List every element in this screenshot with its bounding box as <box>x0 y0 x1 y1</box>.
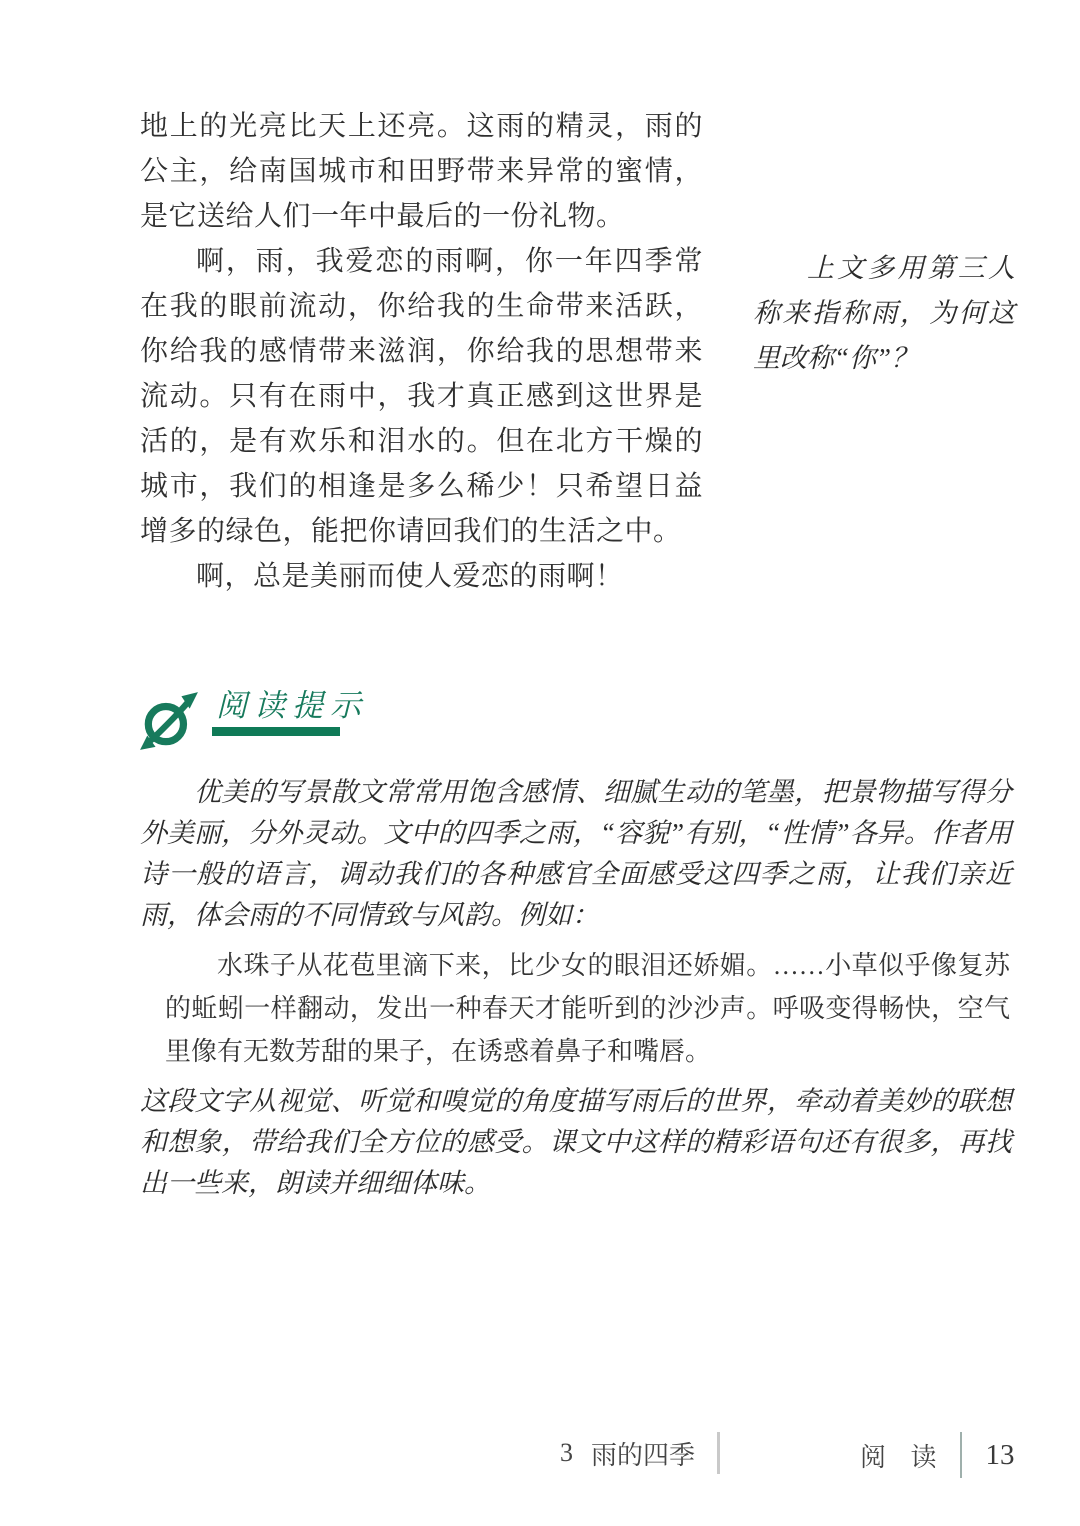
page-footer: 3 雨的四季 阅 读 13 <box>0 1432 1080 1482</box>
circle-arrow-icon <box>138 690 200 752</box>
reading-tips-body: 优美的写景散文常常用饱含感情、细腻生动的笔墨，把景物描写得分外美丽，分外灵动。文… <box>140 772 1012 1204</box>
body-paragraph-continuation: 地上的光亮比天上还亮。这雨的精灵，雨的公主，给南国城市和田野带来异常的蜜情，是它… <box>140 104 703 239</box>
footer-divider-bar <box>717 1432 720 1474</box>
lesson-title: 雨的四季 <box>591 1435 695 1472</box>
tips-paragraph: 这段文字从视觉、听觉和嗅觉的角度描写雨后的世界，牵动着美妙的联想和想象，带给我们… <box>140 1081 1012 1204</box>
tips-quote-excerpt: 水珠子从花苞里滴下来，比少女的眼泪还娇媚。……小草似乎像复苏的蚯蚓一样翻动，发出… <box>165 944 1010 1073</box>
textbook-page: 地上的光亮比天上还亮。这雨的精灵，雨的公主，给南国城市和田野带来异常的蜜情，是它… <box>0 0 1080 1526</box>
margin-note: 上文多用第三人称来指称雨，为何这里改称“你”？ <box>753 246 1015 381</box>
tips-paragraph: 优美的写景散文常常用饱含感情、细腻生动的笔墨，把景物描写得分外美丽，分外灵动。文… <box>140 772 1012 936</box>
footer-divider-bar <box>960 1432 962 1478</box>
title-underline <box>212 727 340 736</box>
reading-tips-header: 阅读提示 <box>138 686 368 752</box>
reading-tips-title-block: 阅读提示 <box>212 686 368 736</box>
unit-section-label: 阅 读 <box>860 1437 946 1474</box>
lesson-number: 3 <box>560 1438 573 1468</box>
footer-page-info: 阅 读 13 <box>860 1432 1015 1478</box>
body-paragraph: 啊，雨，我爱恋的雨啊，你一年四季常在我的眼前流动，你给我的生命带来活跃，你给我的… <box>140 239 703 554</box>
reading-tips-title: 阅读提示 <box>212 686 368 726</box>
footer-lesson-info: 3 雨的四季 <box>560 1432 720 1474</box>
lesson-body-text: 地上的光亮比天上还亮。这雨的精灵，雨的公主，给南国城市和田野带来异常的蜜情，是它… <box>140 104 703 599</box>
page-number: 13 <box>986 1439 1015 1472</box>
body-paragraph: 啊，总是美丽而使人爱恋的雨啊！ <box>140 554 703 599</box>
